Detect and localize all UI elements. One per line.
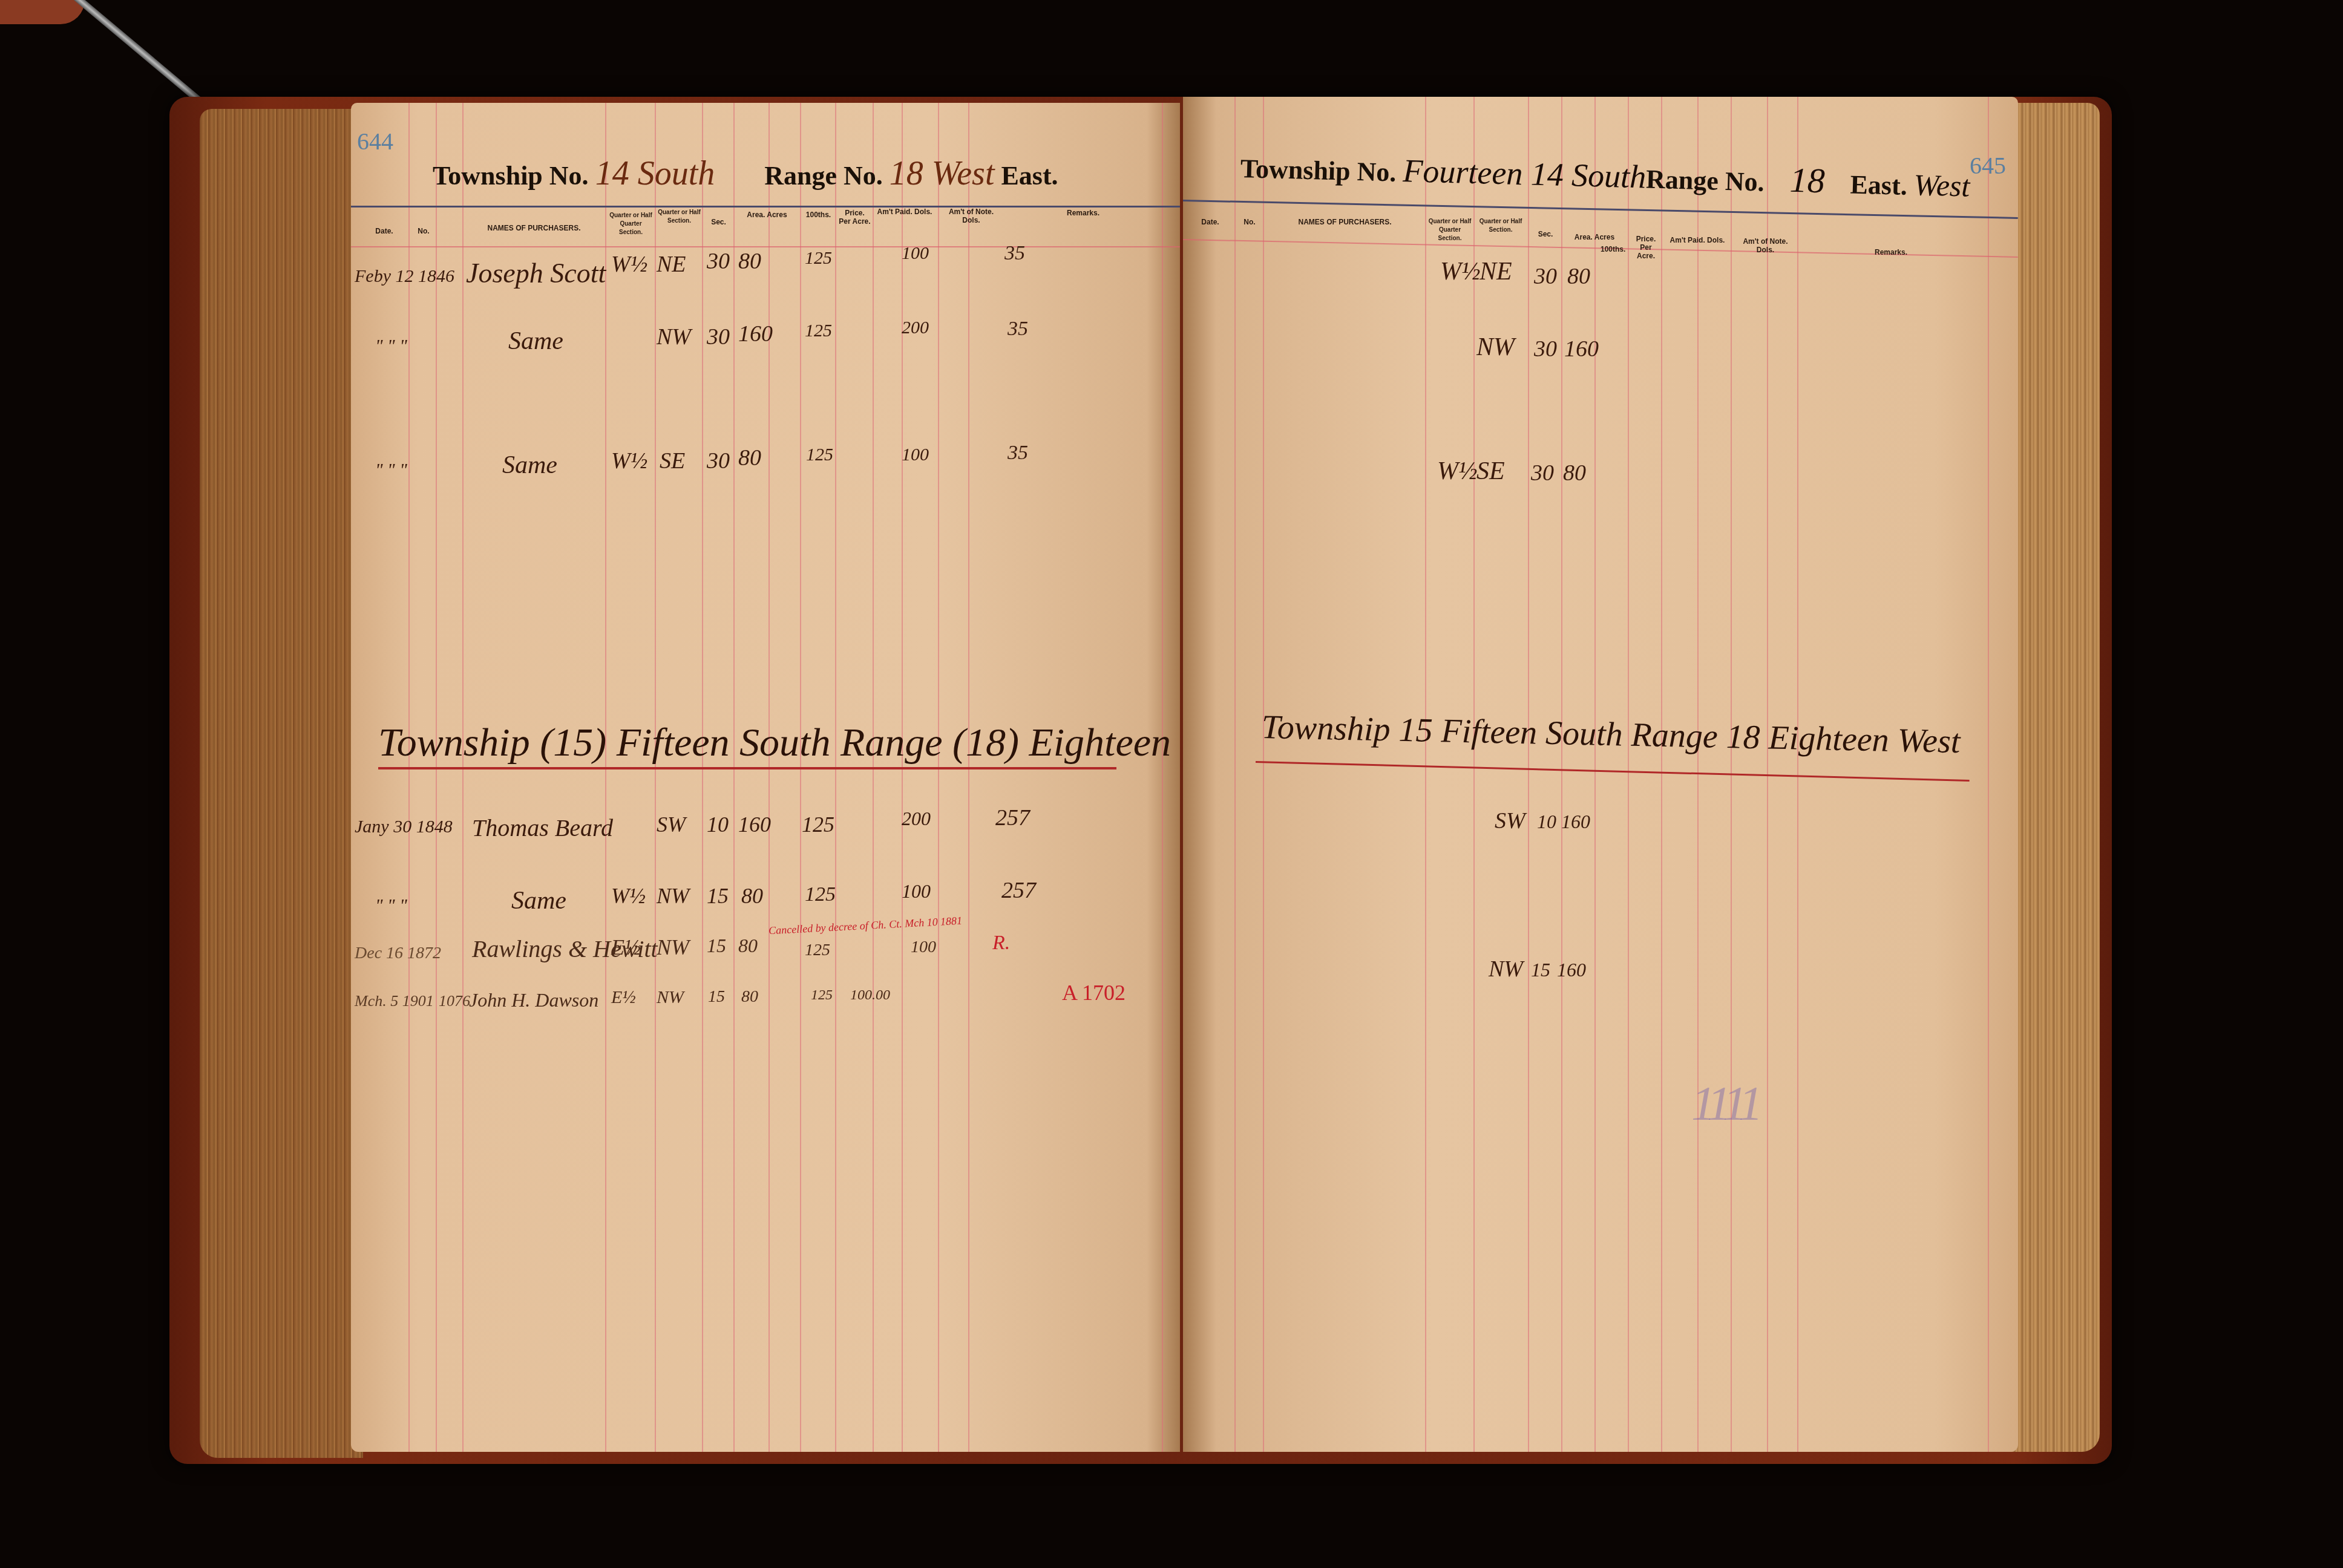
left-page: 644 Township No. 14 South Range No. 18 W…	[351, 103, 1180, 1452]
entry-date: Mch. 5 1901	[355, 992, 434, 1010]
entry-sec: 30	[1534, 263, 1557, 290]
col-area: Area. Acres	[735, 211, 799, 219]
entry-qhq: E½	[611, 987, 636, 1008]
entry-sec: 30	[707, 248, 730, 275]
township-value: Fourteen 14 South	[1403, 152, 1647, 195]
col-paid: Am't Paid. Dols.	[874, 207, 935, 216]
col-price: Price. Per Acre.	[1631, 235, 1661, 260]
entry-qhq: W½	[611, 448, 647, 474]
rule	[1234, 97, 1236, 1452]
entry-paid: 100	[902, 880, 931, 903]
entry-price: 125	[811, 987, 833, 1004]
right-page: 645 Township No. Fourteen 14 SouthRange …	[1183, 97, 2018, 1452]
rule	[800, 103, 801, 1452]
entry-sec: 30	[1534, 336, 1557, 362]
range-label: Range No.	[764, 161, 883, 191]
rule	[968, 103, 969, 1452]
entry-acres: 160	[738, 812, 771, 837]
entry-acres: 80	[738, 935, 758, 957]
entry-qh: NW	[657, 935, 689, 960]
entry-date: Dec 16 1872	[355, 944, 441, 963]
entry-price: 125	[805, 883, 836, 906]
entry-price: 125	[805, 248, 832, 269]
entry-paid: 100	[911, 938, 936, 957]
rule	[1528, 97, 1529, 1452]
page-number: 645	[1970, 151, 2006, 180]
entry-price: 125	[806, 445, 833, 465]
rule	[702, 103, 703, 1452]
rule	[902, 103, 903, 1452]
col-sec: Sec.	[705, 218, 732, 226]
entry-acres: 160	[738, 321, 773, 347]
entry-name: Same	[502, 451, 557, 480]
entry-paid: 200	[902, 318, 929, 338]
col-qh: Quarter or Half Section.	[1476, 218, 1525, 235]
entry-date: " " "	[375, 895, 407, 916]
entry-acres: 80	[741, 883, 763, 909]
section-underline	[378, 767, 1116, 769]
range-suffix: East.	[1001, 161, 1058, 191]
entry-name: Thomas Beard	[472, 814, 613, 842]
entry-name: Same	[511, 886, 566, 915]
entry-sec: 15	[707, 935, 726, 957]
page-title: Township No. 14 South Range No. 18 West …	[433, 154, 1058, 193]
entry-price: 125	[805, 941, 830, 960]
rule	[462, 103, 464, 1452]
entry-acres: 80	[741, 987, 758, 1007]
col-qh: Quarter or Half Section.	[657, 209, 702, 226]
entry-sec: 15	[708, 987, 725, 1007]
entry-sec: 15	[1531, 959, 1550, 981]
entry-acres: 80	[1567, 263, 1590, 290]
entry-acres: 160	[1557, 959, 1586, 981]
col-100ths: 100ths.	[802, 211, 835, 219]
entry-qhq: W½	[1437, 457, 1478, 486]
rule	[1473, 97, 1475, 1452]
entry-qh: SW	[657, 812, 686, 837]
entry-qh: NW	[1489, 956, 1523, 982]
entry-qh: NW	[1476, 333, 1515, 362]
rule	[873, 103, 874, 1452]
entry-name: Joseph Scott	[466, 257, 606, 289]
entry-qh: NE	[1480, 257, 1512, 286]
col-names: NAMES OF PURCHASERS.	[466, 224, 602, 232]
section-heading: Township 15 Fifteen South Range 18 Eight…	[1261, 708, 1961, 761]
entry-qhq: W½	[1440, 257, 1481, 286]
entry-acres: 160	[1561, 811, 1590, 833]
entry-qh: SE	[660, 448, 685, 474]
col-qhq: Quarter or Half Quarter Section.	[608, 212, 654, 237]
col-qhq: Quarter or Half Quarter Section.	[1428, 218, 1472, 243]
entry-acres: 80	[1563, 460, 1586, 486]
entry-note: 257	[995, 805, 1030, 831]
range-value: 18	[1771, 159, 1844, 201]
col-price: Price. Per Acre.	[838, 209, 871, 226]
rule	[436, 103, 437, 1452]
page-number: 644	[357, 127, 393, 155]
entry-acres: 80	[738, 248, 761, 275]
entry-no: 1076	[439, 992, 470, 1010]
page-title: Township No. Fourteen 14 SouthRange No. …	[1240, 145, 1970, 205]
col-names: NAMES OF PURCHASERS.	[1268, 218, 1422, 226]
range-value: 18 West	[890, 155, 995, 192]
township-value: 14 South	[595, 155, 715, 192]
entry-note: 35	[1004, 242, 1025, 265]
entry-acres: 80	[738, 445, 761, 471]
entry-date: Jany 30 1848	[355, 817, 453, 837]
entry-paid: 100	[902, 243, 929, 264]
entry-note: 35	[1008, 442, 1028, 465]
entry-qhq: W½	[611, 251, 647, 278]
range-suffix: East.	[1850, 169, 1907, 200]
township-label: Township No.	[433, 161, 589, 191]
entry-date: " " "	[375, 336, 407, 356]
rule	[1628, 97, 1629, 1452]
entry-date: " " "	[375, 460, 407, 480]
entry-qhq: E½	[611, 935, 641, 960]
entry-qh: NE	[657, 251, 686, 278]
col-no: No.	[1237, 218, 1262, 226]
entry-price: 125	[805, 321, 832, 341]
rule	[835, 103, 836, 1452]
entry-name: John H. Dawson	[469, 989, 598, 1011]
entry-price: 125	[802, 812, 834, 837]
rule	[1561, 97, 1562, 1452]
entry-date: Feby 12 1846	[355, 266, 454, 287]
rule	[1797, 97, 1798, 1452]
entry-name: Same	[508, 327, 563, 356]
col-area: Area. Acres	[1564, 233, 1625, 241]
entry-note: R.	[992, 932, 1010, 955]
entry-qh: SE	[1476, 457, 1505, 486]
entry-sec: 30	[707, 324, 730, 350]
entry-sec: 30	[707, 448, 730, 474]
col-date: Date.	[363, 227, 405, 235]
hand	[0, 0, 85, 24]
entry-qh: NW	[657, 883, 689, 909]
rule	[1162, 103, 1163, 1452]
cancellation-note: Cancelled by decree of Ch. Ct. Mch 10 18…	[768, 915, 963, 938]
rule	[1263, 97, 1264, 1452]
remarks-value: A 1702	[1062, 980, 1126, 1005]
rule	[408, 103, 410, 1452]
faded-stamp: 1111	[1691, 1077, 1758, 1132]
header-rule	[351, 206, 1180, 207]
entry-sec: 10	[707, 812, 729, 837]
right-page-stack	[2009, 103, 2100, 1452]
entry-paid: 200	[902, 808, 931, 830]
range-suffix-hand: West	[1913, 168, 1970, 203]
entry-qh: NW	[657, 987, 684, 1008]
col-date: Date.	[1189, 218, 1231, 226]
rule	[1988, 97, 1989, 1452]
entry-sec: 30	[1531, 460, 1554, 486]
entry-qh: SW	[1495, 808, 1525, 834]
col-remarks: Remarks.	[1837, 248, 1945, 256]
col-sec: Sec.	[1531, 230, 1560, 238]
entry-acres: 160	[1564, 336, 1599, 362]
col-note: Am't of Note. Dols.	[1734, 237, 1797, 254]
rule	[768, 103, 770, 1452]
rule	[1661, 97, 1662, 1452]
rule	[1594, 97, 1596, 1452]
col-no: No.	[411, 227, 436, 235]
range-label: Range No.	[1646, 165, 1765, 197]
rule	[655, 103, 656, 1452]
col-remarks: Remarks.	[1047, 209, 1119, 217]
entry-qh: NW	[657, 324, 691, 350]
rule	[605, 103, 606, 1452]
col-note: Am't of Note. Dols.	[941, 207, 1001, 224]
col-100ths: 100ths.	[1601, 245, 1625, 253]
rule	[1425, 97, 1426, 1452]
township-label: Township No.	[1240, 154, 1397, 188]
section-underline	[1256, 761, 1970, 782]
entry-sec: 10	[1537, 811, 1556, 833]
col-paid: Am't Paid. Dols.	[1664, 236, 1731, 244]
header-bottom-rule	[351, 246, 1180, 247]
entry-qhq: W½	[611, 883, 646, 909]
entry-paid: 100	[902, 445, 929, 465]
left-page-stack	[200, 109, 363, 1458]
entry-note: 35	[1008, 318, 1028, 341]
rule	[938, 103, 939, 1452]
section-heading: Township (15) Fifteen South Range (18) E…	[378, 720, 1180, 766]
rule	[733, 103, 735, 1452]
entry-note: 257	[1001, 877, 1036, 904]
entry-paid: 100.00	[850, 987, 890, 1004]
entry-sec: 15	[707, 883, 729, 909]
